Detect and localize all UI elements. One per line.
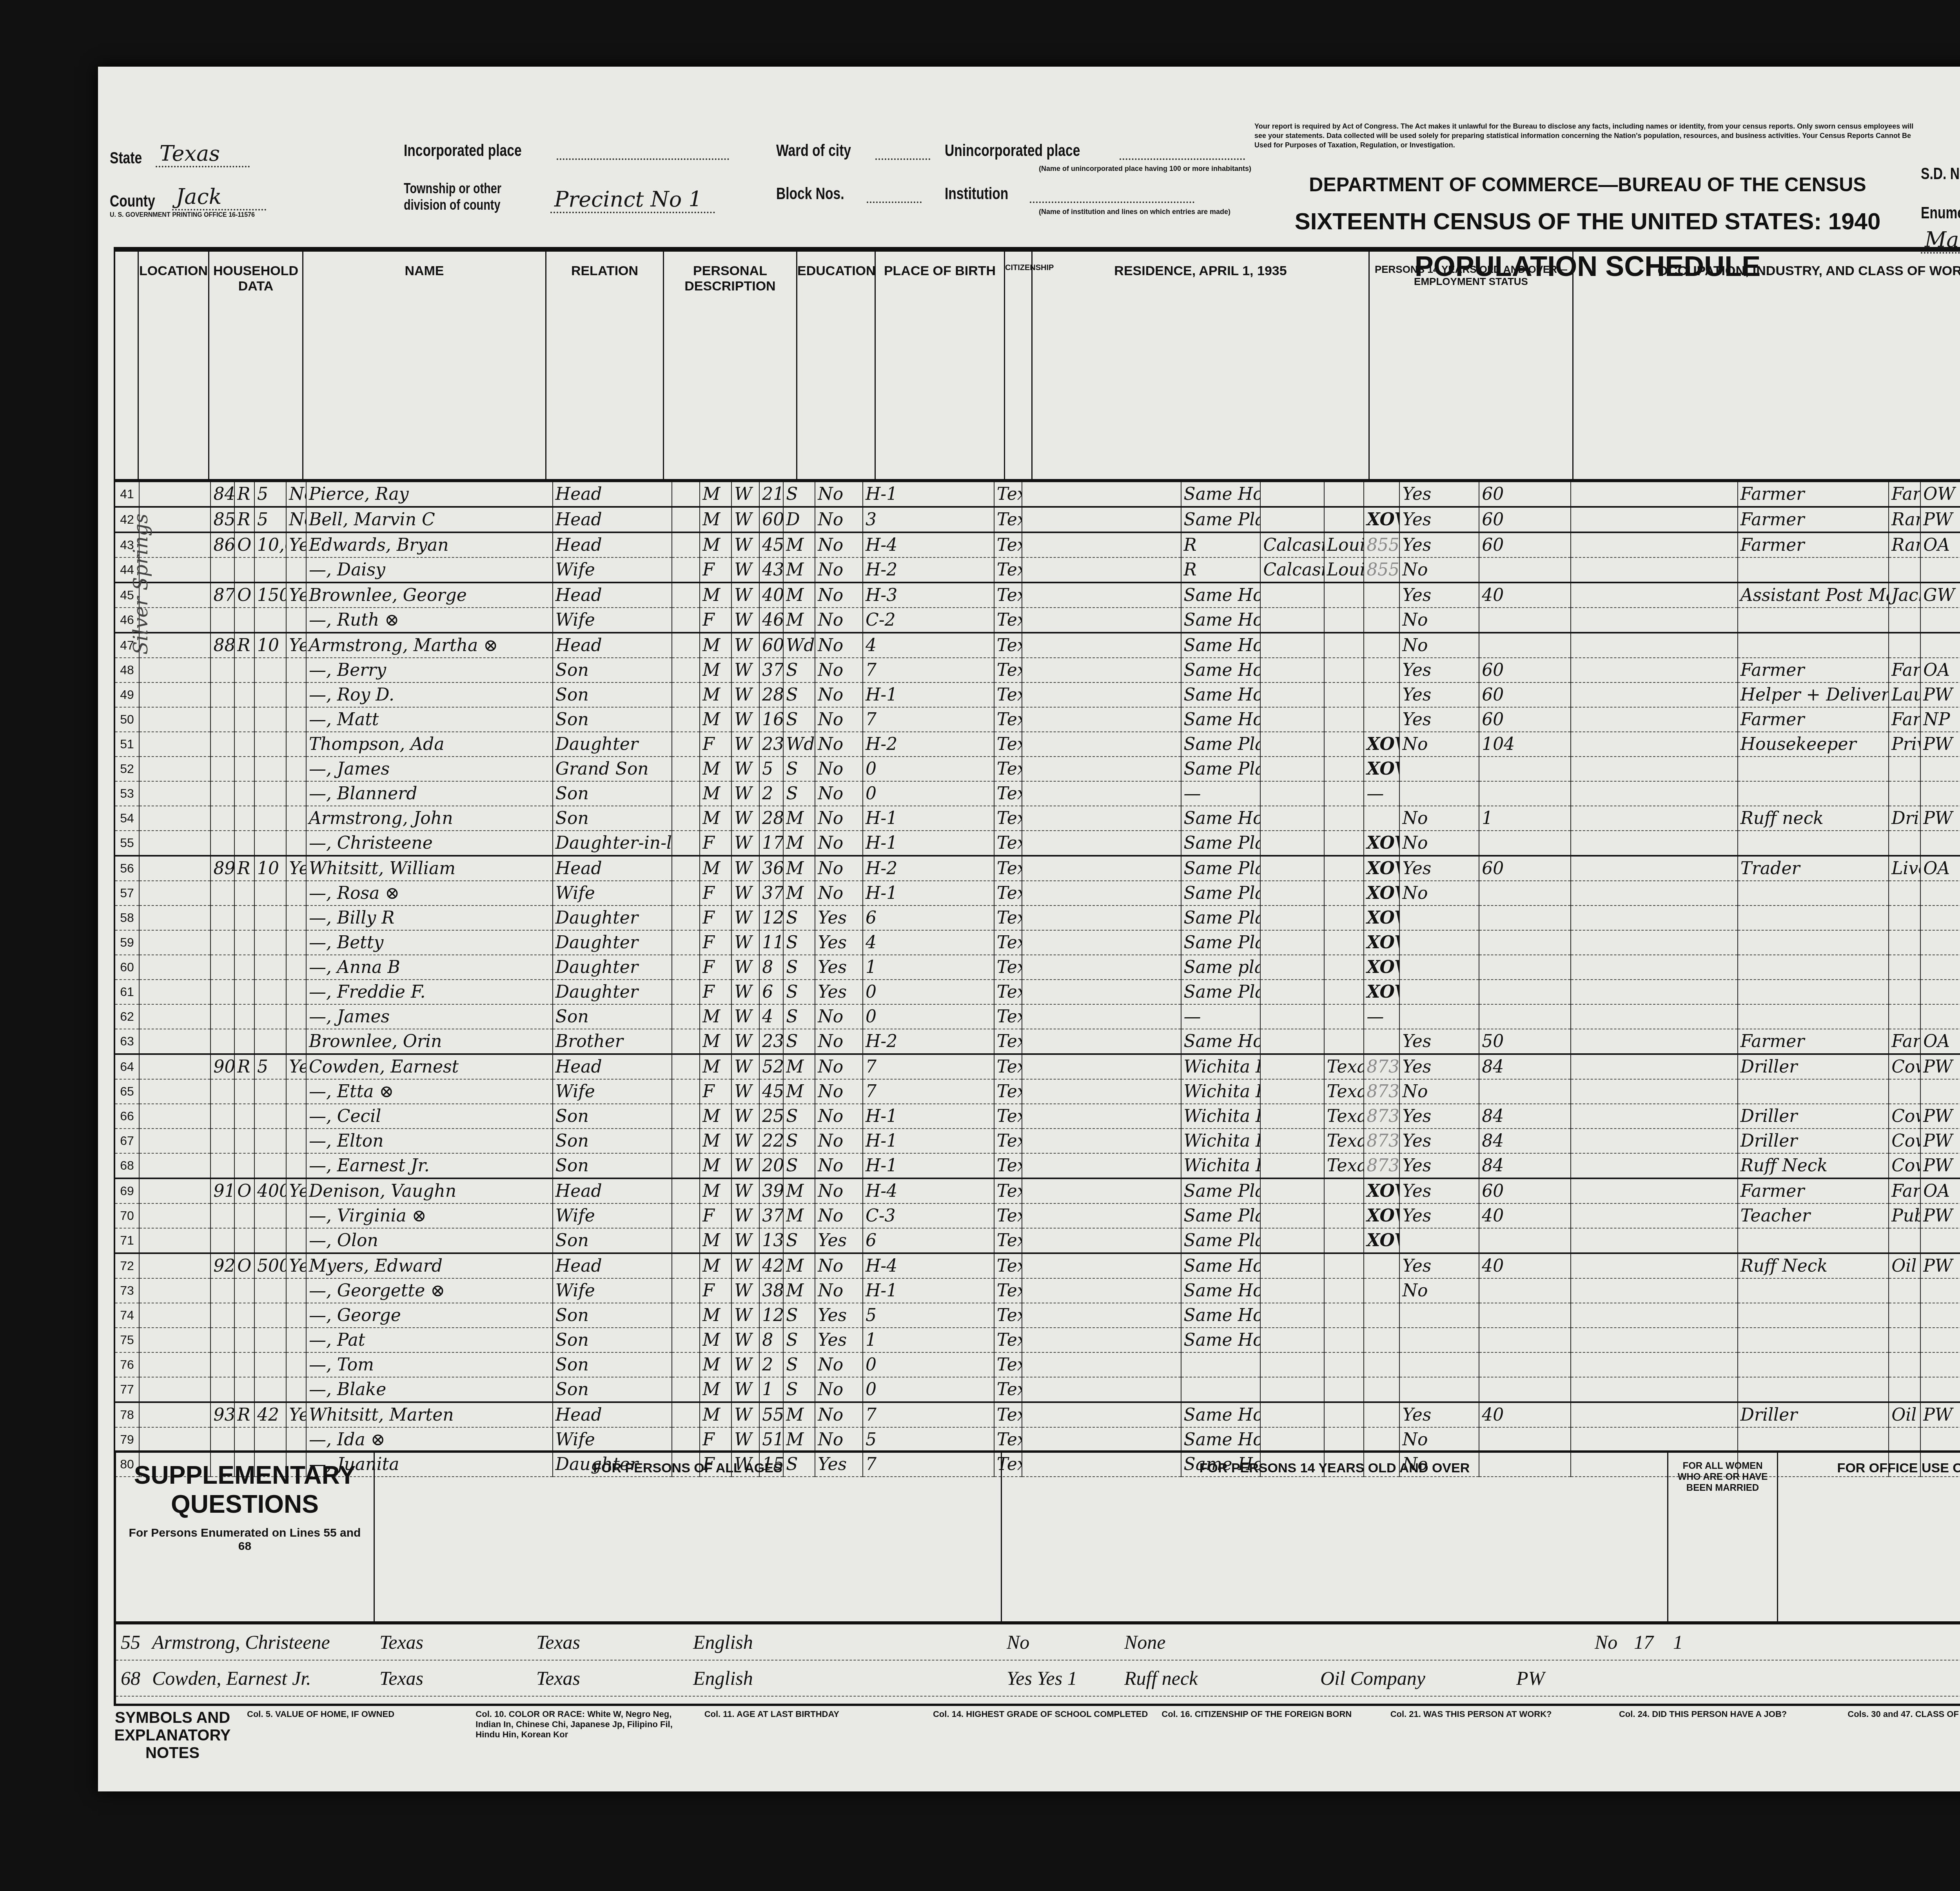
cell-own (234, 1228, 254, 1253)
cell-grade: H-2 (863, 856, 994, 881)
cell-sex: M (700, 757, 731, 781)
cell-school: No (815, 881, 863, 906)
cell-occupation: Farmer (1738, 507, 1889, 532)
cell-race: W (731, 757, 759, 781)
cell-res1935 (1181, 1352, 1261, 1377)
cell-hours: 60 (1479, 482, 1570, 507)
table-row: 55—, ChristeeneDaughter-in-lawFW17MNoH-1… (115, 831, 1960, 856)
cell-own (234, 806, 254, 831)
institution-field: Institution (945, 184, 1194, 203)
cell-birthplace: Texas (994, 1079, 1022, 1104)
cell-birthplace: Texas (994, 682, 1022, 707)
cell-house: 84 (211, 482, 234, 507)
cell-res1935: Same House (1181, 658, 1261, 682)
cell-class: OW (1920, 482, 1960, 507)
cell-school: No (815, 557, 863, 583)
cell-age: 43 (759, 557, 783, 583)
cell-res1935: Same House (1181, 1303, 1261, 1328)
township-value: Precinct No 1 (550, 187, 715, 213)
cell-res1935: Same House (1181, 1278, 1261, 1303)
cell-name: —, Tom (306, 1352, 553, 1377)
cell-state35 (1324, 1278, 1364, 1303)
cell-hours: 104 (1479, 732, 1570, 757)
cell-own: R (234, 633, 254, 658)
cell-relation: Son (553, 806, 672, 831)
cell-name: —, Etta ⊗ (306, 1079, 553, 1104)
cell-name: —, Pat (306, 1328, 553, 1352)
cell-age: 25 (759, 1104, 783, 1129)
cell-code: XOV3 (1364, 831, 1399, 856)
cell-grade: 7 (863, 707, 994, 732)
cell-relation: Daughter (553, 732, 672, 757)
cell-farm: Yes (286, 1402, 306, 1427)
supplementary-title: SUPPLEMENTARY QUESTIONS (124, 1461, 366, 1519)
cell-farm (286, 1352, 306, 1377)
cell-sex: M (700, 781, 731, 806)
cell-own (234, 1377, 254, 1402)
cell-grade: 7 (863, 1402, 994, 1427)
cell-school: Yes (815, 980, 863, 1004)
cell-birthplace: Texas (994, 1004, 1022, 1029)
cell-name: Brownlee, Orin (306, 1029, 553, 1054)
cell-sex: M (700, 1129, 731, 1153)
cell-grade: H-4 (863, 1178, 994, 1203)
cell-hours (1479, 1278, 1570, 1303)
cell-age: 36 (759, 856, 783, 881)
cell-birthplace: Texas (994, 1303, 1022, 1328)
cell-res1935: Same Place (1181, 831, 1261, 856)
cell-house (211, 906, 234, 930)
cell-race: W (731, 732, 759, 757)
cell-industry (1889, 633, 1920, 658)
cell-res1935: Same House (1181, 806, 1261, 831)
cell-res1935: Wichita Falls (1181, 1079, 1261, 1104)
table-row: 44—, DaisyWifeFW43MNoH-2TexasRCalcasieuL… (115, 557, 1960, 583)
table-row: 77—, BlakeSonMW1SNo0Texas (115, 1377, 1960, 1402)
cell-work (1399, 781, 1479, 806)
cell-house (211, 1303, 234, 1328)
cell-res1935: Same House (1181, 1029, 1261, 1054)
note-item: Col. 16. CITIZENSHIP OF THE FOREIGN BORN (1161, 1709, 1378, 1788)
cell-farm: Yes (286, 583, 306, 608)
cell-sex: M (700, 633, 731, 658)
cell-class: PW (1920, 682, 1960, 707)
cell-sex: M (700, 1054, 731, 1079)
cell-value (254, 707, 286, 732)
cell-industry: Public School (1889, 1203, 1920, 1228)
cell-county35: Calcasieu (1260, 532, 1324, 557)
cell-marital: M (783, 1178, 815, 1203)
cell-occupation (1738, 980, 1889, 1004)
cell-county35 (1260, 757, 1324, 781)
cell-marital: M (783, 881, 815, 906)
cell-hours (1479, 757, 1570, 781)
cell-value: 400 (254, 1178, 286, 1203)
cell-house: 88 (211, 633, 234, 658)
cell-marital: S (783, 980, 815, 1004)
cell-age: 8 (759, 955, 783, 980)
cell-industry (1889, 1228, 1920, 1253)
cell-occupation: Farmer (1738, 1029, 1889, 1054)
cell-farm (286, 980, 306, 1004)
cell-farm: No (286, 507, 306, 532)
cell-res1935: Same Place (1181, 507, 1261, 532)
cell-hours (1479, 633, 1570, 658)
cell-industry (1889, 1352, 1920, 1377)
cell-house: 92 (211, 1253, 234, 1278)
note-item: Col. 10. COLOR OR RACE: White W, Negro N… (475, 1709, 692, 1788)
cell-own (234, 682, 254, 707)
cell-county35 (1260, 806, 1324, 831)
cell-value (254, 682, 286, 707)
table-row: 71—, OlonSonMW13SYes6TexasSame PlaceXOV3 (115, 1228, 1960, 1253)
cell-race: W (731, 1377, 759, 1402)
cell-industry (1889, 930, 1920, 955)
cell-work: Yes (1399, 1203, 1479, 1228)
cell-occupation (1738, 955, 1889, 980)
cell-sex: M (700, 1253, 731, 1278)
cell-work: No (1399, 732, 1479, 757)
cell-county35 (1260, 583, 1324, 608)
cell-race: W (731, 608, 759, 633)
cell-occupation (1738, 930, 1889, 955)
table-row: 75—, PatSonMW8SYes1TexasSame House (115, 1328, 1960, 1352)
cell-farm (286, 1328, 306, 1352)
cell-line: 78 (115, 1402, 139, 1427)
cell-res1935: — (1181, 1004, 1261, 1029)
cell-occupation (1738, 1328, 1889, 1352)
cell-industry: Farm (1889, 1178, 1920, 1203)
cell-house (211, 1004, 234, 1029)
cell-relation: Daughter (553, 906, 672, 930)
cell-own (234, 1129, 254, 1153)
table-row: 50—, MattSonMW16SNo7TexasSame HouseYes60… (115, 707, 1960, 732)
cell-relation: Daughter (553, 930, 672, 955)
cell-age: 20 (759, 1153, 783, 1178)
cell-house (211, 930, 234, 955)
cell-grade: 0 (863, 781, 994, 806)
cell-grade: H-3 (863, 583, 994, 608)
cell-industry (1889, 1303, 1920, 1328)
cell-county35 (1260, 732, 1324, 757)
cell-sex: M (700, 1178, 731, 1203)
cell-value (254, 1079, 286, 1104)
cell-school: No (815, 732, 863, 757)
cell-grade: 7 (863, 1079, 994, 1104)
cell-school: Yes (815, 1228, 863, 1253)
cell-race: W (731, 1228, 759, 1253)
cell-occupation: Housekeeper (1738, 732, 1889, 757)
cell-race: W (731, 980, 759, 1004)
cell-farm (286, 1029, 306, 1054)
cell-house: 91 (211, 1178, 234, 1203)
cell-class: GW (1920, 583, 1960, 608)
cell-grade: H-1 (863, 482, 994, 507)
cell-house (211, 1352, 234, 1377)
cell-house (211, 1203, 234, 1228)
cell-code: XOV3 (1364, 906, 1399, 930)
cell-sex: F (700, 732, 731, 757)
cell-school: No (815, 1004, 863, 1029)
confidentiality-notice: Your report is required by Act of Congre… (1254, 122, 1921, 150)
cell-relation: Head (553, 856, 672, 881)
cell-name: Armstrong, Martha ⊗ (306, 633, 553, 658)
cell-industry (1889, 1328, 1920, 1352)
cell-relation: Son (553, 682, 672, 707)
cell-code (1364, 806, 1399, 831)
cell-work: No (1399, 1079, 1479, 1104)
cell-age: 5 (759, 757, 783, 781)
table-row: 76—, TomSonMW2SNo0Texas (115, 1352, 1960, 1377)
cell-race: W (731, 1253, 759, 1278)
cell-farm (286, 930, 306, 955)
cell-farm: Yes (286, 532, 306, 557)
cell-house (211, 1153, 234, 1178)
cell-line: 69 (115, 1178, 139, 1203)
cell-birthplace: Texas (994, 1178, 1022, 1203)
cell-county35 (1260, 507, 1324, 532)
cell-state35 (1324, 608, 1364, 633)
cell-marital: M (783, 1079, 815, 1104)
supp-line: 55 (116, 1631, 147, 1653)
cell-sex: M (700, 682, 731, 707)
cell-age: 4 (759, 1004, 783, 1029)
cell-farm (286, 881, 306, 906)
cell-race: W (731, 1402, 759, 1427)
cell-work: No (1399, 806, 1479, 831)
cell-occupation: Farmer (1738, 482, 1889, 507)
cell-house (211, 806, 234, 831)
cell-marital: S (783, 1104, 815, 1129)
supp-tongue: English (688, 1667, 845, 1690)
cell-farm (286, 1303, 306, 1328)
cell-work: Yes (1399, 532, 1479, 557)
cell-work: Yes (1399, 1178, 1479, 1203)
cell-birthplace: Texas (994, 831, 1022, 856)
cell-school: No (815, 1029, 863, 1054)
cell-occupation: Farmer (1738, 1178, 1889, 1203)
cell-age: 45 (759, 532, 783, 557)
cell-birthplace: Texas (994, 781, 1022, 806)
supp-line: 68 (116, 1667, 147, 1690)
cell-class: OA (1920, 1178, 1960, 1203)
cell-grade: H-4 (863, 1253, 994, 1278)
cell-relation: Head (553, 1178, 672, 1203)
group-relation: RELATION (546, 252, 664, 479)
cell-school: No (815, 1129, 863, 1153)
cell-birthplace: Texas (994, 1153, 1022, 1178)
cell-occupation (1738, 781, 1889, 806)
cell-value (254, 1228, 286, 1253)
table-row: 57—, Rosa ⊗WifeFW37MNoH-1TexasSame Place… (115, 881, 1960, 906)
cell-school: No (815, 682, 863, 707)
cell-class: PW (1920, 507, 1960, 532)
cell-marital: S (783, 906, 815, 930)
cell-hours: 40 (1479, 1253, 1570, 1278)
cell-school: No (815, 1153, 863, 1178)
cell-relation: Head (553, 633, 672, 658)
cell-line: 58 (115, 906, 139, 930)
cell-school: No (815, 1203, 863, 1228)
group-residence: RESIDENCE, APRIL 1, 1935 (1033, 252, 1370, 479)
cell-marital: S (783, 757, 815, 781)
cell-race: W (731, 1203, 759, 1228)
cell-birthplace: Texas (994, 1129, 1022, 1153)
cell-farm (286, 682, 306, 707)
cell-age: 12 (759, 1303, 783, 1328)
cell-sex: F (700, 955, 731, 980)
cell-house (211, 557, 234, 583)
cell-age: 1 (759, 1377, 783, 1402)
cell-industry (1889, 980, 1920, 1004)
cell-sex: F (700, 1427, 731, 1452)
cell-race: W (731, 482, 759, 507)
cell-name: —, Cecil (306, 1104, 553, 1129)
cell-marital: M (783, 831, 815, 856)
cell-race: W (731, 1079, 759, 1104)
cell-res1935: Same Place (1181, 930, 1261, 955)
cell-work: Yes (1399, 1253, 1479, 1278)
cell-birthplace: Texas (994, 1402, 1022, 1427)
cell-state35 (1324, 831, 1364, 856)
cell-relation: Brother (553, 1029, 672, 1054)
cell-occupation (1738, 557, 1889, 583)
ward-field: Ward of city (776, 141, 930, 160)
cell-own (234, 1203, 254, 1228)
cell-value: 5 (254, 1054, 286, 1079)
group-citizenship: CITIZENSHIP (1005, 252, 1033, 479)
cell-code (1364, 1278, 1399, 1303)
cell-value (254, 608, 286, 633)
cell-house (211, 658, 234, 682)
cell-industry: Farm (1889, 658, 1920, 682)
cell-name: —, Earnest Jr. (306, 1153, 553, 1178)
cell-hours (1479, 608, 1570, 633)
cell-work: Yes (1399, 856, 1479, 881)
cell-line: 53 (115, 781, 139, 806)
cell-hours: 84 (1479, 1129, 1570, 1153)
cell-name: Brownlee, George (306, 583, 553, 608)
cell-birthplace: Texas (994, 557, 1022, 583)
cell-school: No (815, 1377, 863, 1402)
cell-own (234, 1352, 254, 1377)
cell-class (1920, 1377, 1960, 1402)
cell-name: Whitsitt, Marten (306, 1402, 553, 1427)
cell-code (1364, 658, 1399, 682)
county-field: County Jack (110, 184, 266, 211)
cell-birthplace: Texas (994, 757, 1022, 781)
cell-hours (1479, 1377, 1570, 1402)
supplementary-row: 68Cowden, Earnest Jr.TexasTexasEnglishYe… (116, 1661, 1960, 1697)
cell-work (1399, 1004, 1479, 1029)
cell-res1935: Same House (1181, 482, 1261, 507)
table-row: 70—, Virginia ⊗WifeFW37MNoC-3TexasSame P… (115, 1203, 1960, 1228)
cell-sex: F (700, 881, 731, 906)
cell-line: 62 (115, 1004, 139, 1029)
cell-work: Yes (1399, 1129, 1479, 1153)
cell-birthplace: Texas (994, 633, 1022, 658)
cell-name: —, Roy D. (306, 682, 553, 707)
cell-value: 10 (254, 856, 286, 881)
population-table: LOCATION HOUSEHOLD DATA NAME RELATION PE… (114, 247, 1960, 1477)
cell-school: No (815, 757, 863, 781)
cell-code (1364, 707, 1399, 732)
cell-occupation: Driller (1738, 1402, 1889, 1427)
cell-marital: M (783, 608, 815, 633)
cell-res1935: Same House (1181, 707, 1261, 732)
cell-sex: F (700, 930, 731, 955)
cell-county35 (1260, 1278, 1324, 1303)
cell-line: 63 (115, 1029, 139, 1054)
cell-grade: H-2 (863, 557, 994, 583)
cell-hours (1479, 1328, 1570, 1352)
cell-sex: M (700, 658, 731, 682)
cell-county35 (1260, 1377, 1324, 1402)
cell-age: 22 (759, 1129, 783, 1153)
cell-code (1364, 1377, 1399, 1402)
cell-sex: M (700, 1104, 731, 1129)
table-row: 79—, Ida ⊗WifeFW51MNo5TexasSame HouseNo0… (115, 1427, 1960, 1452)
cell-work: Yes (1399, 682, 1479, 707)
cell-code (1364, 482, 1399, 507)
cell-hours (1479, 980, 1570, 1004)
cell-name: —, Berry (306, 658, 553, 682)
cell-school: No (815, 507, 863, 532)
cell-farm (286, 1228, 306, 1253)
table-row: 4184R5NoPierce, RayHeadMW21SNoH-1TexasSa… (115, 482, 1960, 507)
table-row: 63Brownlee, OrinBrotherMW23SNoH-2TexasSa… (115, 1029, 1960, 1054)
cell-occupation (1738, 881, 1889, 906)
cell-occupation: Trader (1738, 856, 1889, 881)
cell-grade: 5 (863, 1303, 994, 1328)
cell-work (1399, 1228, 1479, 1253)
cell-marital: M (783, 1427, 815, 1452)
cell-industry: Ranch (1889, 507, 1920, 532)
cell-own (234, 1153, 254, 1178)
cell-own: O (234, 532, 254, 557)
cell-county35 (1260, 707, 1324, 732)
cell-class: PW (1920, 1253, 1960, 1278)
cell-relation: Daughter (553, 980, 672, 1004)
cell-state35 (1324, 930, 1364, 955)
supp-ss: No (1002, 1631, 1120, 1653)
cell-res1935: Same Place (1181, 757, 1261, 781)
cell-grade: 0 (863, 1352, 994, 1377)
cell-race: W (731, 1278, 759, 1303)
cell-grade: 7 (863, 1054, 994, 1079)
cell-age: 60 (759, 633, 783, 658)
cell-state35 (1324, 682, 1364, 707)
cell-marital: M (783, 1278, 815, 1303)
cell-industry (1889, 1377, 1920, 1402)
cell-farm (286, 1104, 306, 1129)
cell-race: W (731, 930, 759, 955)
cell-hours: 40 (1479, 1402, 1570, 1427)
cell-class: PW (1920, 1104, 1960, 1129)
cell-house (211, 1129, 234, 1153)
cell-relation: Wife (553, 1079, 672, 1104)
cell-own (234, 707, 254, 732)
cell-farm (286, 1004, 306, 1029)
cell-res1935: R (1181, 557, 1261, 583)
cell-marital: S (783, 955, 815, 980)
block-field: Block Nos. (776, 184, 922, 203)
cell-county35 (1260, 633, 1324, 658)
cell-code: 8736 (1364, 1079, 1399, 1104)
cell-res1935: Same Place (1181, 856, 1261, 881)
cell-race: W (731, 906, 759, 930)
note-item: Cols. 30 and 47. CLASS OF WORKER (1847, 1709, 1960, 1788)
